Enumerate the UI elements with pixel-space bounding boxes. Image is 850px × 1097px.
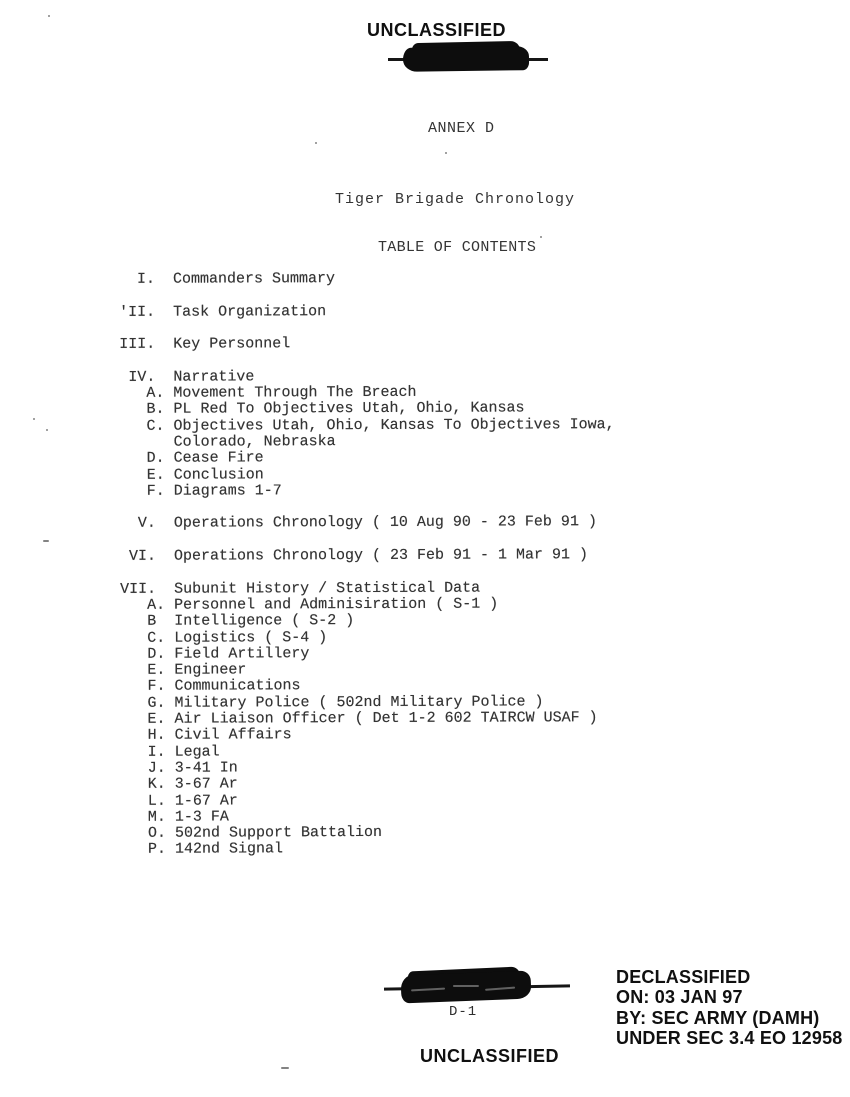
toc-line	[120, 563, 615, 581]
declassification-stamp: DECLASSIFIED ON: 03 JAN 97 BY: SEC ARMY …	[616, 967, 843, 1048]
toc-heading: TABLE OF CONTENTS	[378, 239, 536, 256]
toc-line: F. Diagrams 1-7	[120, 482, 615, 500]
toc-line: K. 3-67 Ar	[121, 775, 616, 793]
scribble-mark	[411, 988, 445, 992]
scan-speck	[445, 152, 447, 154]
declass-line: DECLASSIFIED	[616, 967, 843, 987]
toc-line: 'II. Task Organization	[119, 303, 614, 321]
toc-line: E. Air Liaison Officer ( Det 1-2 602 TAI…	[121, 710, 616, 728]
toc-line: VI. Operations Chronology ( 23 Feb 91 - …	[120, 547, 615, 565]
scan-speck	[33, 418, 35, 420]
declass-line: ON: 03 JAN 97	[616, 987, 843, 1007]
scanned-document-page: UNCLASSIFIED ANNEX D Tiger Brigade Chron…	[0, 0, 850, 1097]
toc-line: D. Field Artillery	[120, 645, 615, 663]
toc-line: A. Personnel and Adminisiration ( S-1 )	[120, 596, 615, 614]
declass-line: UNDER SEC 3.4 EO 12958	[616, 1028, 843, 1048]
toc-line: P. 142nd Signal	[121, 841, 616, 859]
top-classification-banner: UNCLASSIFIED	[367, 20, 506, 41]
toc: I. Commanders Summary'II. Task Organizat…	[119, 270, 616, 858]
toc-line	[119, 319, 614, 337]
toc-line: H. Civil Affairs	[121, 726, 616, 744]
toc-line: L. 1-67 Ar	[121, 792, 616, 810]
scan-speck	[48, 15, 50, 17]
scan-speck	[315, 142, 317, 144]
scan-speck	[46, 429, 48, 431]
declass-line: BY: SEC ARMY (DAMH)	[616, 1008, 843, 1028]
annex-label: ANNEX D	[428, 120, 495, 137]
document-title: Tiger Brigade Chronology	[335, 191, 575, 208]
page-number: D-1	[449, 1004, 477, 1020]
toc-line: V. Operations Chronology ( 10 Aug 90 - 2…	[120, 515, 615, 533]
scan-speck	[281, 1067, 289, 1069]
scan-speck	[540, 236, 542, 238]
toc-line: D. Cease Fire	[120, 449, 615, 467]
redaction-bar	[401, 971, 532, 1004]
toc-line: I. Legal	[121, 743, 616, 761]
toc-line: III. Key Personnel	[119, 335, 614, 353]
toc-line	[119, 352, 614, 370]
toc-line: I. Commanders Summary	[119, 270, 614, 288]
scribble-mark	[453, 985, 479, 987]
scribble-mark	[485, 987, 515, 991]
toc-line: O. 502nd Support Battalion	[121, 824, 616, 842]
toc-line: C. Objectives Utah, Ohio, Kansas To Obje…	[119, 417, 614, 435]
toc-line: Colorado, Nebraska	[120, 433, 615, 451]
toc-line: E. Conclusion	[120, 466, 615, 484]
toc-line: E. Engineer	[120, 661, 615, 679]
toc-line: B Intelligence ( S-2 )	[120, 612, 615, 630]
bottom-classification-banner: UNCLASSIFIED	[420, 1046, 559, 1067]
toc-line: J. 3-41 In	[121, 759, 616, 777]
toc-line: C. Logistics ( S-4 )	[120, 629, 615, 647]
redaction-bar	[403, 46, 529, 72]
toc-line	[119, 286, 614, 304]
scan-speck	[43, 540, 49, 542]
